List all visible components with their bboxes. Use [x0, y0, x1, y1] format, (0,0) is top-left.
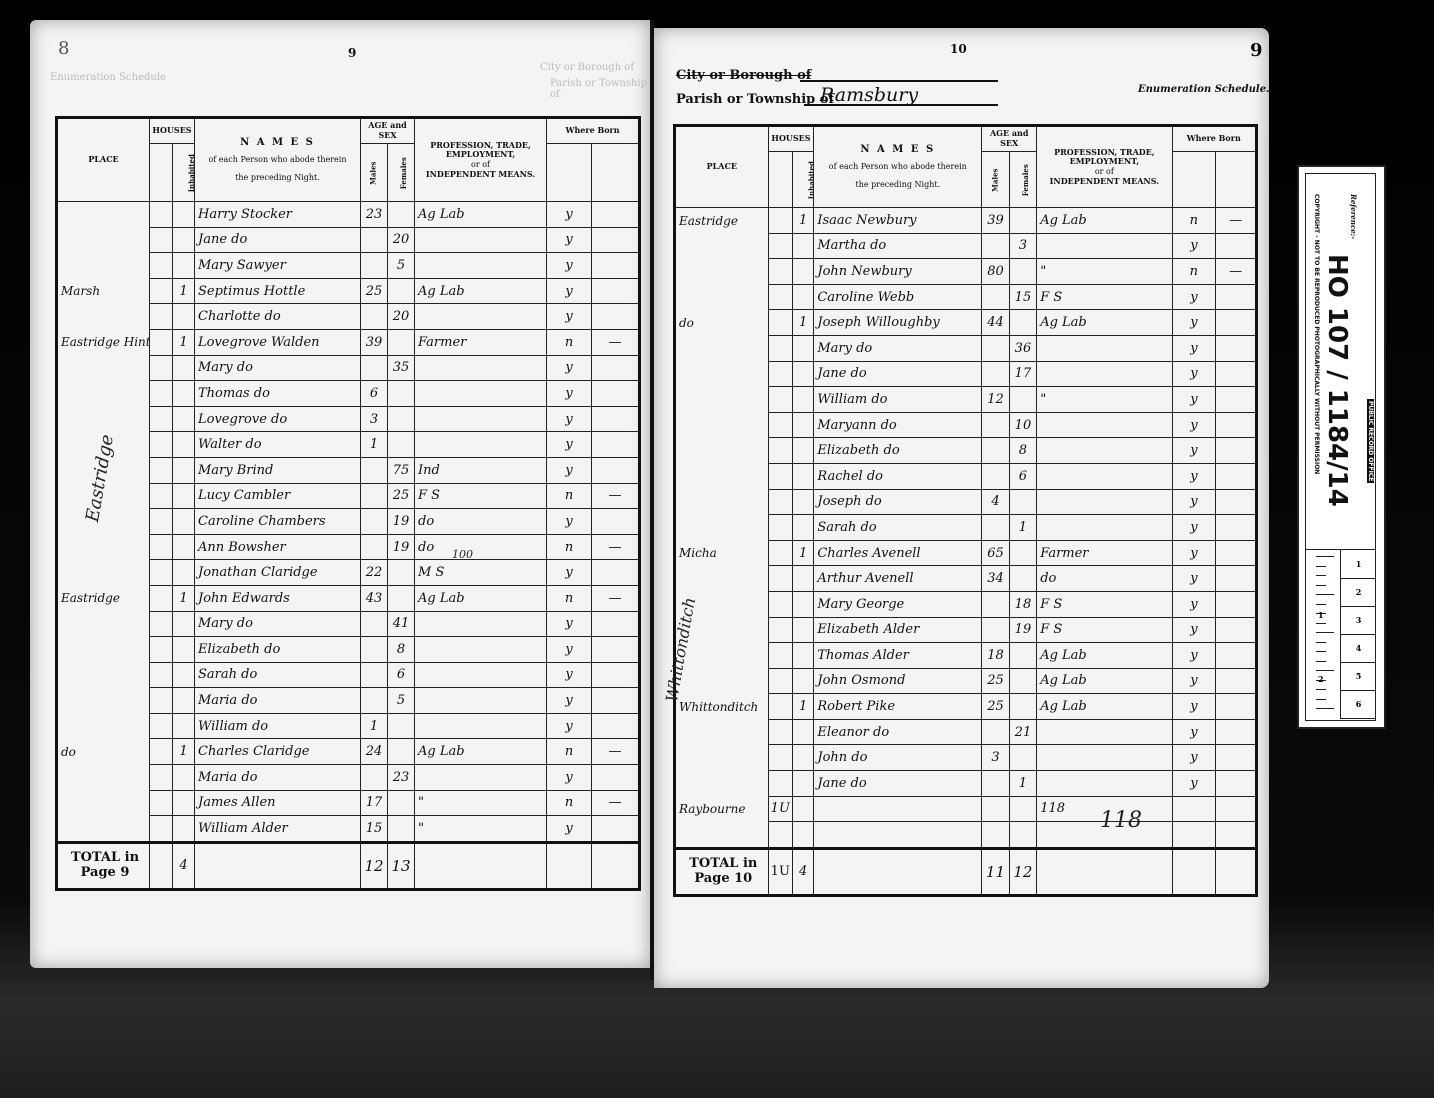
profession-cell: Ag Lab	[415, 278, 547, 304]
inhabited-cell	[173, 560, 195, 586]
female-age-cell: 19	[388, 509, 415, 535]
inhabited-cell	[173, 483, 195, 509]
male-age-cell	[982, 412, 1009, 438]
place-cell	[57, 253, 150, 279]
born-county-cell: y	[1172, 694, 1216, 720]
born-foreign-cell	[1216, 284, 1257, 310]
place-cell	[675, 438, 769, 464]
female-age-cell	[388, 406, 415, 432]
profession-cell	[415, 713, 547, 739]
uninhabited-cell	[150, 406, 173, 432]
col-where-born: Where Born	[1172, 126, 1257, 152]
col-houses: HOUSES	[150, 118, 195, 144]
table-row	[675, 822, 1257, 849]
place-cell	[675, 412, 769, 438]
col-born-county: Whether Born in same County	[1172, 152, 1216, 208]
place-cell	[57, 227, 150, 253]
inhabited-cell	[793, 745, 814, 771]
inhabited-cell	[173, 611, 195, 637]
profession-cell	[1037, 719, 1172, 745]
inhabited-cell: 1	[173, 739, 195, 765]
profession-cell: Ag Lab	[415, 739, 547, 765]
born-foreign-cell	[1216, 361, 1257, 387]
born-county-cell: y	[547, 278, 592, 304]
table-row: John do3y	[675, 745, 1257, 771]
reference-code: HO 107 / 1184/14	[1322, 254, 1352, 507]
profession-cell	[415, 304, 547, 330]
profession-cell: M S	[415, 560, 547, 586]
uninhabited-cell	[150, 227, 173, 253]
reference-frame: Reference:- HO 107 / 1184/14 PUBLIC RECO…	[1305, 173, 1376, 721]
profession-cell	[1037, 489, 1172, 515]
born-county-cell: y	[1172, 540, 1216, 566]
male-age-cell: 4	[982, 489, 1009, 515]
col-inhabited: Inhabited	[173, 144, 195, 202]
born-foreign-cell	[592, 637, 640, 663]
name-cell: John do	[814, 745, 982, 771]
female-age-cell	[388, 560, 415, 586]
born-county-cell: n	[547, 329, 592, 355]
ruler: 1 2 3 4 5 6 1 2	[1306, 549, 1375, 720]
born-county-cell: n	[547, 483, 592, 509]
table-row: Maryann do10y	[675, 412, 1257, 438]
name-cell: Charles Avenell	[814, 540, 982, 566]
uninhabited-cell	[768, 822, 792, 849]
born-foreign-cell	[592, 381, 640, 407]
born-foreign-cell	[592, 713, 640, 739]
col-place: PLACE	[675, 126, 769, 208]
table-row: Jane do20y	[57, 227, 640, 253]
male-age-cell	[361, 765, 388, 791]
reference-strip: Reference:- HO 107 / 1184/14 PUBLIC RECO…	[1297, 165, 1386, 729]
born-foreign-cell	[592, 355, 640, 381]
col-names: N A M E Sof each Person who abode therei…	[814, 126, 982, 208]
annotation-118: 118	[1100, 808, 1142, 833]
born-foreign-cell	[1216, 310, 1257, 336]
place-cell	[675, 668, 769, 694]
born-foreign-cell: —	[592, 483, 640, 509]
born-county-cell: y	[1172, 335, 1216, 361]
profession-cell	[1037, 438, 1172, 464]
inhabited-cell	[173, 713, 195, 739]
female-age-cell	[388, 278, 415, 304]
place-cell	[675, 745, 769, 771]
profession-cell: Farmer	[1037, 540, 1172, 566]
male-age-cell	[982, 284, 1009, 310]
page-number: 10	[950, 42, 967, 56]
inhabited-cell	[793, 822, 814, 849]
male-age-cell	[982, 771, 1009, 797]
uninhabited-cell	[150, 688, 173, 714]
male-age-cell: 3	[361, 406, 388, 432]
col-houses: HOUSES	[768, 126, 814, 152]
total-label: TOTAL inPage 10	[675, 848, 769, 895]
uninhabited-cell	[768, 412, 792, 438]
col-profession: PROFESSION, TRADE,EMPLOYMENT,or ofINDEPE…	[415, 118, 547, 202]
female-age-cell: 75	[388, 457, 415, 483]
name-cell: Eleanor do	[814, 719, 982, 745]
place-cell	[57, 662, 150, 688]
uninhabited-cell	[768, 387, 792, 413]
born-foreign-cell	[1216, 412, 1257, 438]
uninhabited-cell	[768, 284, 792, 310]
name-cell	[814, 796, 982, 822]
male-age-cell: 18	[982, 643, 1009, 669]
born-foreign-cell	[592, 560, 640, 586]
inhabited-cell: 1	[173, 585, 195, 611]
born-foreign-cell	[1216, 668, 1257, 694]
born-county-cell: y	[547, 765, 592, 791]
inhabited-cell	[173, 355, 195, 381]
ruler-tick	[1316, 604, 1326, 605]
male-age-cell	[982, 335, 1009, 361]
total-uninhabited	[150, 842, 173, 889]
name-cell: Mary do	[195, 611, 361, 637]
annotation-100: 100	[452, 548, 473, 561]
born-foreign-cell	[592, 509, 640, 535]
place-cell	[57, 355, 150, 381]
name-cell: James Allen	[195, 790, 361, 816]
name-cell: Caroline Chambers	[195, 509, 361, 535]
male-age-cell	[361, 637, 388, 663]
male-age-cell	[361, 688, 388, 714]
place-cell	[675, 719, 769, 745]
profession-cell	[415, 765, 547, 791]
male-age-cell: 1	[361, 713, 388, 739]
ruler-tick	[1316, 708, 1334, 709]
col-females: Females	[388, 144, 415, 202]
table-row: Arthur Avenell34doy	[675, 566, 1257, 592]
born-county-cell: y	[547, 560, 592, 586]
table-row: Ann Bowsher19don—	[57, 534, 640, 560]
col-uninhabited: Uninhabited or Building	[768, 152, 792, 208]
name-cell: Robert Pike	[814, 694, 982, 720]
table-row: Walter do1y	[57, 432, 640, 458]
male-age-cell: 24	[361, 739, 388, 765]
ruler-cm-4: 4	[1340, 634, 1376, 663]
born-foreign-cell: —	[592, 329, 640, 355]
uninhabited-cell	[150, 739, 173, 765]
female-age-cell: 8	[388, 637, 415, 663]
table-row: do1Joseph Willoughby44Ag Laby	[675, 310, 1257, 336]
place-cell	[57, 637, 150, 663]
place-cell	[57, 534, 150, 560]
inhabited-cell: 1	[173, 329, 195, 355]
uninhabited-cell	[150, 278, 173, 304]
name-cell: John Newbury	[814, 259, 982, 285]
name-cell: Jane do	[195, 227, 361, 253]
table-row: Raybourne1U118	[675, 796, 1257, 822]
uninhabited-cell	[768, 463, 792, 489]
place-cell	[57, 713, 150, 739]
col-place: PLACE	[57, 118, 150, 202]
total-born-county	[547, 842, 592, 889]
profession-cell	[1037, 463, 1172, 489]
born-foreign-cell	[1216, 566, 1257, 592]
place-cell	[675, 566, 769, 592]
table-row: Jane do1y	[675, 771, 1257, 797]
female-age-cell: 36	[1009, 335, 1036, 361]
place-cell	[675, 387, 769, 413]
profession-cell	[1037, 771, 1172, 797]
uninhabited-cell	[150, 713, 173, 739]
table-row: Rachel do6y	[675, 463, 1257, 489]
profession-cell: "	[415, 790, 547, 816]
profession-cell: F S	[1037, 284, 1172, 310]
inhabited-cell	[793, 387, 814, 413]
name-cell: Lovegrove Walden	[195, 329, 361, 355]
place-cell	[57, 381, 150, 407]
male-age-cell: 80	[982, 259, 1009, 285]
ruler-cm-2: 2	[1340, 578, 1376, 607]
name-cell: Jonathan Claridge	[195, 560, 361, 586]
born-foreign-cell	[592, 278, 640, 304]
uninhabited-cell	[768, 591, 792, 617]
male-age-cell	[361, 227, 388, 253]
female-age-cell: 1	[1009, 771, 1036, 797]
born-foreign-cell	[1216, 796, 1257, 822]
col-age-sex: AGE and SEX	[361, 118, 415, 144]
male-age-cell: 12	[982, 387, 1009, 413]
born-county-cell: y	[547, 688, 592, 714]
born-county-cell: y	[1172, 566, 1216, 592]
table-row: Charlotte do20y	[57, 304, 640, 330]
table-row: Eastridge Hinte1Lovegrove Walden39Farmer…	[57, 329, 640, 355]
female-age-cell: 5	[388, 253, 415, 279]
born-county-cell: y	[547, 457, 592, 483]
census-table-right: PLACE HOUSES N A M E Sof each Person who…	[673, 124, 1258, 897]
schedule-label: Enumeration Schedule.	[1138, 84, 1270, 95]
place-cell: Marsh	[57, 278, 150, 304]
name-cell: Thomas do	[195, 381, 361, 407]
male-age-cell	[982, 515, 1009, 541]
table-row: Mary Sawyer5y	[57, 253, 640, 279]
table-row: William Alder15"y	[57, 816, 640, 843]
col-where-born: Where Born	[547, 118, 640, 144]
inhabited-cell	[793, 335, 814, 361]
ruler-in-2: 2	[1318, 674, 1324, 684]
female-age-cell	[1009, 540, 1036, 566]
uninhabited-cell	[150, 509, 173, 535]
uninhabited-cell	[768, 259, 792, 285]
male-age-cell	[982, 361, 1009, 387]
born-foreign-cell	[592, 202, 640, 228]
male-age-cell: 34	[982, 566, 1009, 592]
profession-cell: do	[415, 534, 547, 560]
place-cell	[675, 771, 769, 797]
inhabited-cell	[173, 457, 195, 483]
profession-cell	[1037, 361, 1172, 387]
total-profession	[1037, 848, 1172, 895]
name-cell: Isaac Newbury	[814, 208, 982, 234]
folio-number: 9	[1250, 40, 1263, 61]
born-foreign-cell	[1216, 591, 1257, 617]
male-age-cell	[361, 611, 388, 637]
table-row: Eastridge1John Edwards43Ag Labn—	[57, 585, 640, 611]
name-cell: Elizabeth Alder	[814, 617, 982, 643]
uninhabited-cell	[150, 611, 173, 637]
born-foreign-cell: —	[1216, 259, 1257, 285]
ruler-cm-1: 1	[1340, 550, 1376, 579]
inhabited-cell	[173, 662, 195, 688]
col-born-county: Whether Born in same County	[547, 144, 592, 202]
city-borough-underline	[800, 80, 998, 82]
male-age-cell: 15	[361, 816, 388, 843]
col-born-foreign: Whether Born in Scotland, Ireland, or Fo…	[1216, 152, 1257, 208]
inhabited-cell	[173, 688, 195, 714]
name-cell: Sarah do	[814, 515, 982, 541]
female-age-cell: 6	[388, 662, 415, 688]
female-age-cell: 15	[1009, 284, 1036, 310]
uninhabited-cell	[768, 310, 792, 336]
male-age-cell	[982, 438, 1009, 464]
female-age-cell: 20	[388, 304, 415, 330]
female-age-cell	[1009, 643, 1036, 669]
uninhabited-cell	[768, 438, 792, 464]
place-cell	[675, 822, 769, 849]
ruler-cm-5: 5	[1340, 662, 1376, 691]
copyright-notice: COPYRIGHT - NOT TO BE REPRODUCED PHOTOGR…	[1313, 194, 1320, 474]
inhabited-cell	[173, 637, 195, 663]
inhabited-cell	[173, 304, 195, 330]
table-row: Mary George18F Sy	[675, 591, 1257, 617]
profession-cell	[415, 406, 547, 432]
profession-cell	[415, 662, 547, 688]
place-cell	[675, 463, 769, 489]
ruler-tick	[1316, 699, 1326, 700]
place-cell: do	[675, 310, 769, 336]
ruler-tick	[1316, 623, 1326, 624]
inhabited-cell	[173, 432, 195, 458]
born-county-cell: y	[547, 713, 592, 739]
born-foreign-cell: —	[592, 534, 640, 560]
born-county-cell: y	[547, 381, 592, 407]
name-cell: John Edwards	[195, 585, 361, 611]
born-county-cell: y	[1172, 412, 1216, 438]
total-inhabited: 4	[173, 842, 195, 889]
uninhabited-cell	[768, 233, 792, 259]
uninhabited-cell	[768, 643, 792, 669]
inhabited-cell	[793, 259, 814, 285]
table-row: Elizabeth Alder19F Sy	[675, 617, 1257, 643]
born-foreign-cell	[1216, 515, 1257, 541]
inhabited-cell	[793, 719, 814, 745]
uninhabited-cell	[768, 540, 792, 566]
profession-cell	[415, 253, 547, 279]
born-county-cell: y	[547, 509, 592, 535]
inhabited-cell	[793, 284, 814, 310]
male-age-cell: 44	[982, 310, 1009, 336]
total-males: 11	[982, 848, 1009, 895]
table-row: Thomas do6y	[57, 381, 640, 407]
profession-cell	[1037, 233, 1172, 259]
born-county-cell: y	[547, 355, 592, 381]
uninhabited-cell	[150, 432, 173, 458]
uninhabited-cell	[768, 566, 792, 592]
profession-cell	[415, 688, 547, 714]
female-age-cell	[388, 432, 415, 458]
ruler-tick	[1316, 661, 1326, 662]
male-age-cell	[361, 483, 388, 509]
table-row: Micha1Charles Avenell65Farmery	[675, 540, 1257, 566]
table-row: Elizabeth do8y	[57, 637, 640, 663]
inhabited-cell	[173, 816, 195, 843]
uninhabited-cell	[768, 335, 792, 361]
born-county-cell: y	[547, 816, 592, 843]
profession-cell: Ag Lab	[1037, 310, 1172, 336]
table-row: James Allen17"n—	[57, 790, 640, 816]
inhabited-cell	[793, 566, 814, 592]
table-row: Mary do35y	[57, 355, 640, 381]
male-age-cell: 43	[361, 585, 388, 611]
female-age-cell	[1009, 796, 1036, 822]
uninhabited-cell	[768, 617, 792, 643]
place-cell	[675, 259, 769, 285]
born-county-cell: y	[1172, 617, 1216, 643]
profession-cell: F S	[1037, 617, 1172, 643]
ruler-tick	[1316, 632, 1334, 633]
born-foreign-cell	[1216, 617, 1257, 643]
ruler-tick	[1316, 670, 1334, 671]
place-cell	[57, 560, 150, 586]
col-inhabited: Inhabited	[793, 152, 814, 208]
profession-cell: do	[1037, 566, 1172, 592]
place-cell	[675, 515, 769, 541]
name-cell: Elizabeth do	[814, 438, 982, 464]
inhabited-cell	[173, 253, 195, 279]
place-cell	[675, 489, 769, 515]
table-row: John Newbury80"n—	[675, 259, 1257, 285]
place-cell	[57, 688, 150, 714]
uninhabited-cell	[150, 304, 173, 330]
name-cell: Arthur Avenell	[814, 566, 982, 592]
female-age-cell	[388, 329, 415, 355]
inhabited-cell	[793, 463, 814, 489]
born-county-cell: y	[547, 662, 592, 688]
female-age-cell	[388, 202, 415, 228]
inhabited-cell	[173, 534, 195, 560]
table-row: Jonathan Claridge22M Sy	[57, 560, 640, 586]
table-row: Martha do3y	[675, 233, 1257, 259]
name-cell: William do	[814, 387, 982, 413]
profession-cell: Farmer	[415, 329, 547, 355]
col-females: Females	[1009, 152, 1036, 208]
total-label: TOTAL inPage 9	[57, 842, 150, 889]
male-age-cell	[982, 233, 1009, 259]
inhabited-cell	[173, 509, 195, 535]
male-age-cell	[361, 509, 388, 535]
female-age-cell: 41	[388, 611, 415, 637]
profession-cell	[415, 381, 547, 407]
uninhabited-cell	[768, 208, 792, 234]
name-cell: Joseph Willoughby	[814, 310, 982, 336]
inhabited-cell	[173, 790, 195, 816]
female-age-cell	[1009, 822, 1036, 849]
male-age-cell	[982, 719, 1009, 745]
total-row: TOTAL inPage 941213	[57, 842, 640, 889]
place-cell: Eastridge	[675, 208, 769, 234]
profession-cell	[415, 637, 547, 663]
profession-cell: "	[1037, 387, 1172, 413]
male-age-cell: 25	[982, 694, 1009, 720]
profession-cell	[415, 355, 547, 381]
profession-cell: F S	[415, 483, 547, 509]
inhabited-cell	[173, 406, 195, 432]
col-profession: PROFESSION, TRADE,EMPLOYMENT,or ofINDEPE…	[1037, 126, 1172, 208]
inhabited-cell	[793, 668, 814, 694]
total-females: 12	[1009, 848, 1036, 895]
name-cell: Walter do	[195, 432, 361, 458]
